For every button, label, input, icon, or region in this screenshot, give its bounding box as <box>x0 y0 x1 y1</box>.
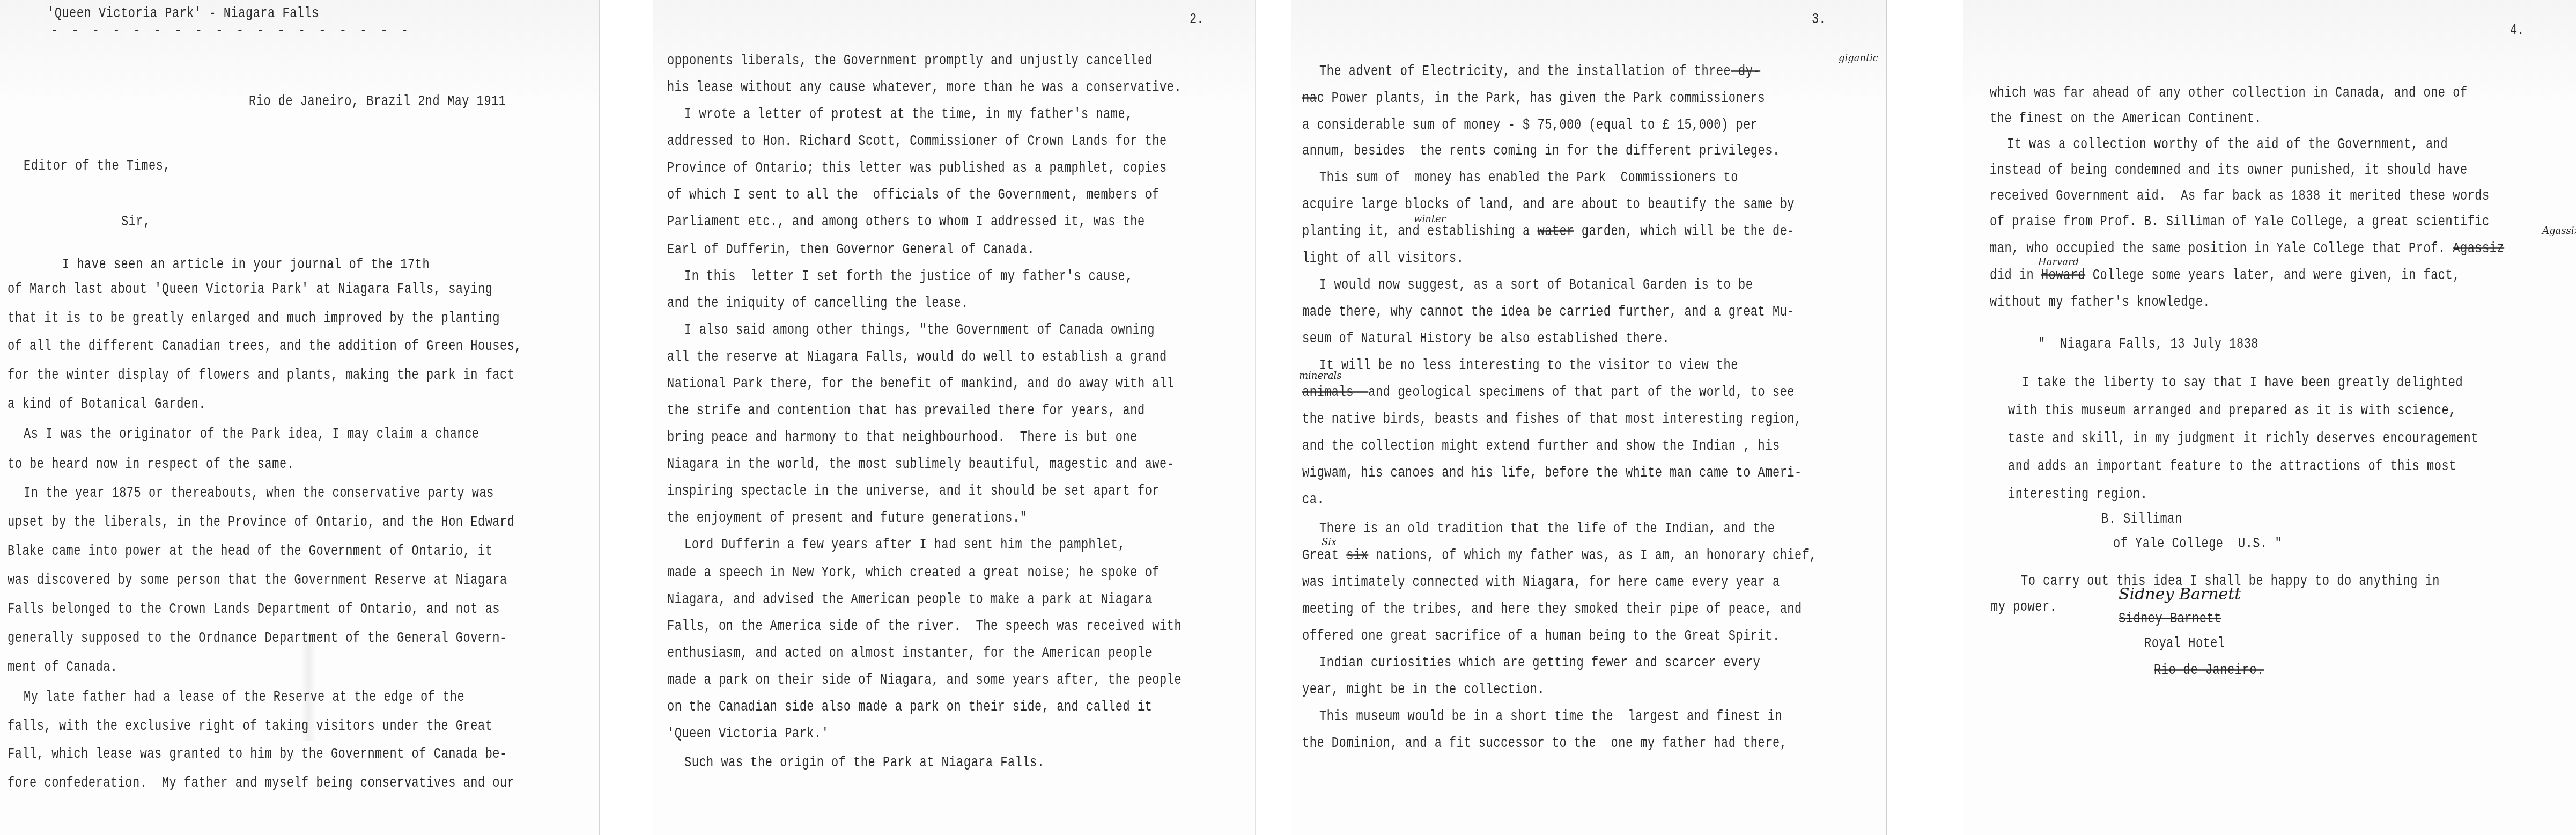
typed-line: Blake came into power at the head of the… <box>8 544 492 559</box>
handwritten-correction: Agassiz <box>2542 225 2576 237</box>
typed-line: instead of being condemned and its owner… <box>1990 163 2468 178</box>
document-title: 'Queen Victoria Park' - Niagara Falls <box>47 6 319 21</box>
typed-line: It was a collection worthy of the aid of… <box>2007 137 2448 152</box>
typed-line: of March last about 'Queen Victoria Park… <box>8 282 492 297</box>
struck-word: water <box>1537 223 1574 240</box>
typed-line: seum of Natural History be also establis… <box>1302 332 1670 347</box>
typed-line: light of all visitors. <box>1302 251 1464 266</box>
typed-line: offered one great sacrifice of a human b… <box>1302 629 1780 644</box>
typed-line: my power. <box>1991 600 2057 615</box>
signature: Sidney Barnett <box>2119 585 2241 604</box>
struck-word: animals <box>1302 384 1368 401</box>
typed-line: made a speech in New York, which created… <box>667 566 1160 581</box>
typed-text: garden, which will be the de- <box>1574 223 1795 240</box>
typed-line: In the year 1875 or thereabouts, when th… <box>24 486 494 501</box>
struck-word: six <box>1346 547 1368 564</box>
typed-line: bring peace and harmony to that neighbou… <box>667 430 1138 445</box>
handwritten-correction: gigantic <box>1839 53 1878 64</box>
typed-line: Niagara, and advised the American people… <box>667 592 1152 607</box>
typed-line: This museum would be in a short time the… <box>1319 709 1782 724</box>
typed-line: that it is to be greatly enlarged and mu… <box>8 311 500 326</box>
typed-line: opponents liberals, the Government promp… <box>667 54 1152 69</box>
typed-line: The advent of Electricity, and the insta… <box>1319 64 1760 79</box>
typed-line: received Government aid. As far back as … <box>1990 189 2490 204</box>
typed-line: nac Power plants, in the Park, has given… <box>1302 91 1765 106</box>
typed-line: a considerable sum of money - $ 75,000 (… <box>1302 118 1758 133</box>
handwritten-correction: winter <box>1414 214 1445 225</box>
typed-line: his lease without any cause whatever, mo… <box>667 80 1182 96</box>
typed-line: and the iniquity of cancelling the lease… <box>667 296 969 311</box>
typed-line: interesting region. <box>2008 487 2147 502</box>
typed-line: and adds an important feature to the att… <box>2008 459 2456 474</box>
typed-line: to be heard now in respect of the same. <box>8 457 294 472</box>
typed-line: fore confederation. My father and myself… <box>8 776 514 791</box>
typed-line: with this museum arranged and prepared a… <box>2008 404 2456 419</box>
typed-line: B. Silliman <box>2101 512 2182 527</box>
typed-line: Earl of Dufferin, then Governor General … <box>667 243 1035 258</box>
typed-line: 'Queen Victoria Park.' <box>667 727 829 742</box>
typed-text: nations, of which my father was, as I am… <box>1368 547 1817 564</box>
typed-line: I wrote a letter of protest at the time,… <box>684 107 1133 122</box>
letter-page-3: 3. The advent of Electricity, and the in… <box>1291 0 1887 835</box>
typed-line: the strife and contention that has preva… <box>667 404 1145 419</box>
typed-line: man, who occupied the same position in Y… <box>1990 241 2504 257</box>
typed-line: generally supposed to the Ordnance Depar… <box>8 631 507 646</box>
typed-line: National Park there, for the benefit of … <box>667 377 1174 392</box>
struck-word: Agassiz <box>2453 240 2504 257</box>
typed-line: ment of Canada. <box>8 660 118 675</box>
typed-line: I take the liberty to say that I have be… <box>2022 376 2463 391</box>
typed-line: meeting of the tribes, and here they smo… <box>1302 602 1802 617</box>
space <box>2446 240 2453 257</box>
letter-page-4: 4. which was far ahead of any other coll… <box>1963 0 2576 835</box>
typed-line: Fall, which lease was granted to him by … <box>8 747 507 762</box>
struck-city: Rio de Janeiro. <box>2154 663 2264 678</box>
typed-line: Such was the origin of the Park at Niaga… <box>684 756 1044 771</box>
typed-line: and the collection might extend further … <box>1302 439 1780 454</box>
space <box>1530 223 1538 240</box>
typed-line: the native birds, beasts and fishes of t… <box>1302 412 1802 427</box>
struck-name: Sidney Barnett <box>2119 612 2221 627</box>
salutation: Sir, <box>121 215 151 230</box>
typed-line: Niagara in the world, the most sublimely… <box>667 457 1174 472</box>
handwritten-correction: Harvard <box>2038 257 2079 268</box>
typed-line: did in Howard College some years later, … <box>1990 268 2460 283</box>
typed-line: made there, why cannot the idea be carri… <box>1302 305 1795 320</box>
space <box>2034 267 2041 284</box>
typed-line: This sum of money has enabled the Park C… <box>1319 171 1738 186</box>
letter-page-2: 2. opponents liberals, the Government pr… <box>653 0 1256 835</box>
page-number: 4. <box>2510 21 2524 38</box>
typed-line: made a park on their side of Niagara, an… <box>667 673 1182 688</box>
struck-word: Howard <box>2041 267 2085 284</box>
typed-text: College some years later, and were given… <box>2085 267 2460 284</box>
struck-word: na <box>1302 90 1317 107</box>
typed-line: Falls, on the America side of the river.… <box>667 619 1182 634</box>
typed-line: Province of Ontario; this letter was pub… <box>667 161 1167 176</box>
typed-line: enthusiasm, and acted on almost instante… <box>667 646 1152 661</box>
space <box>1339 547 1347 564</box>
typed-line: of all the different Canadian trees, and… <box>8 339 522 354</box>
page-number: 3. <box>1812 11 1826 27</box>
typed-line: Great six nations, of which my father wa… <box>1302 548 1817 563</box>
typed-line: wigwam, his canoes and his life, before … <box>1302 466 1802 481</box>
typed-line: Indian curiosities which are getting few… <box>1319 656 1760 671</box>
typed-line: was intimately connected with Niagara, f… <box>1302 575 1780 590</box>
typed-line: ca. <box>1302 493 1324 508</box>
typed-line: falls, with the exclusive right of takin… <box>8 719 492 734</box>
typed-line: Lord Dufferin a few years after I had se… <box>684 538 1125 553</box>
address-line: Royal Hotel <box>2144 636 2225 651</box>
typed-line: upset by the liberals, in the Province o… <box>8 515 514 530</box>
typed-line: As I was the originator of the Park idea… <box>24 427 479 442</box>
handwritten-correction: Six <box>1322 537 1337 548</box>
typed-line: of praise from Prof. B. Silliman of Yale… <box>1990 215 2490 230</box>
letter-page-1: 'Queen Victoria Park' - Niagara Falls - … <box>0 0 600 835</box>
typed-line: Parliament etc., and among others to who… <box>667 215 1145 230</box>
typed-line: Falls belonged to the Crown Lands Depart… <box>8 602 500 617</box>
typed-line: My late father had a lease of the Reserv… <box>24 690 464 705</box>
typed-line: year, might be in the collection. <box>1302 683 1545 698</box>
typed-line: the Dominion, and a fit successor to the… <box>1302 736 1787 751</box>
struck-word: dy- <box>1731 63 1760 80</box>
title-underline: - - - - - - - - - - - - - - - - - - <box>51 24 411 37</box>
typed-line: I would now suggest, as a sort of Botani… <box>1319 278 1753 293</box>
typed-line: " Niagara Falls, 13 July 1838 <box>2038 337 2258 352</box>
typed-line: for the winter display of flowers and pl… <box>8 368 514 383</box>
typed-line: which was far ahead of any other collect… <box>1990 86 2468 101</box>
typed-line: the enjoyment of present and future gene… <box>667 511 1027 526</box>
typed-line: acquire large blocks of land, and are ab… <box>1302 197 1795 213</box>
typed-line: annum, besides the rents coming in for t… <box>1302 144 1780 159</box>
typed-line: the finest on the American Continent. <box>1990 112 2262 127</box>
typed-line: In this letter I set forth the justice o… <box>684 269 1133 284</box>
typed-line: addressed to Hon. Richard Scott, Commiss… <box>667 134 1167 149</box>
typed-line: taste and skill, in my judgment it richl… <box>2008 431 2478 446</box>
typed-line: planting it, and establishing a water ga… <box>1302 224 1795 239</box>
dateline: Rio de Janeiro, Brazil 2nd May 1911 <box>249 94 506 109</box>
typed-line: It will be no less interesting to the vi… <box>1319 358 1738 373</box>
typed-line: of Yale College U.S. " <box>2113 537 2282 552</box>
typed-line: a kind of Botanical Garden. <box>8 397 206 412</box>
page-number: 2. <box>1190 11 1204 27</box>
typed-line: was discovered by some person that the G… <box>8 573 507 588</box>
typed-line: on the Canadian side also made a park on… <box>667 700 1152 715</box>
typed-line: I also said among other things, "the Gov… <box>684 323 1155 338</box>
typed-line: I have seen an article in your journal o… <box>62 258 430 273</box>
typed-line: without my father's knowledge. <box>1990 295 2210 310</box>
addressee: Editor of the Times, <box>24 159 171 174</box>
typed-line: animals and geological specimens of that… <box>1302 385 1795 400</box>
typed-line: There is an old tradition that the life … <box>1319 522 1775 537</box>
typed-line: inspiring spectacle in the universe, and… <box>667 484 1160 499</box>
handwritten-correction: minerals <box>1299 370 1341 382</box>
typed-line: of which I sent to all the officials of … <box>667 188 1160 203</box>
typed-line: all the reserve at Niagara Falls, would … <box>667 350 1167 365</box>
